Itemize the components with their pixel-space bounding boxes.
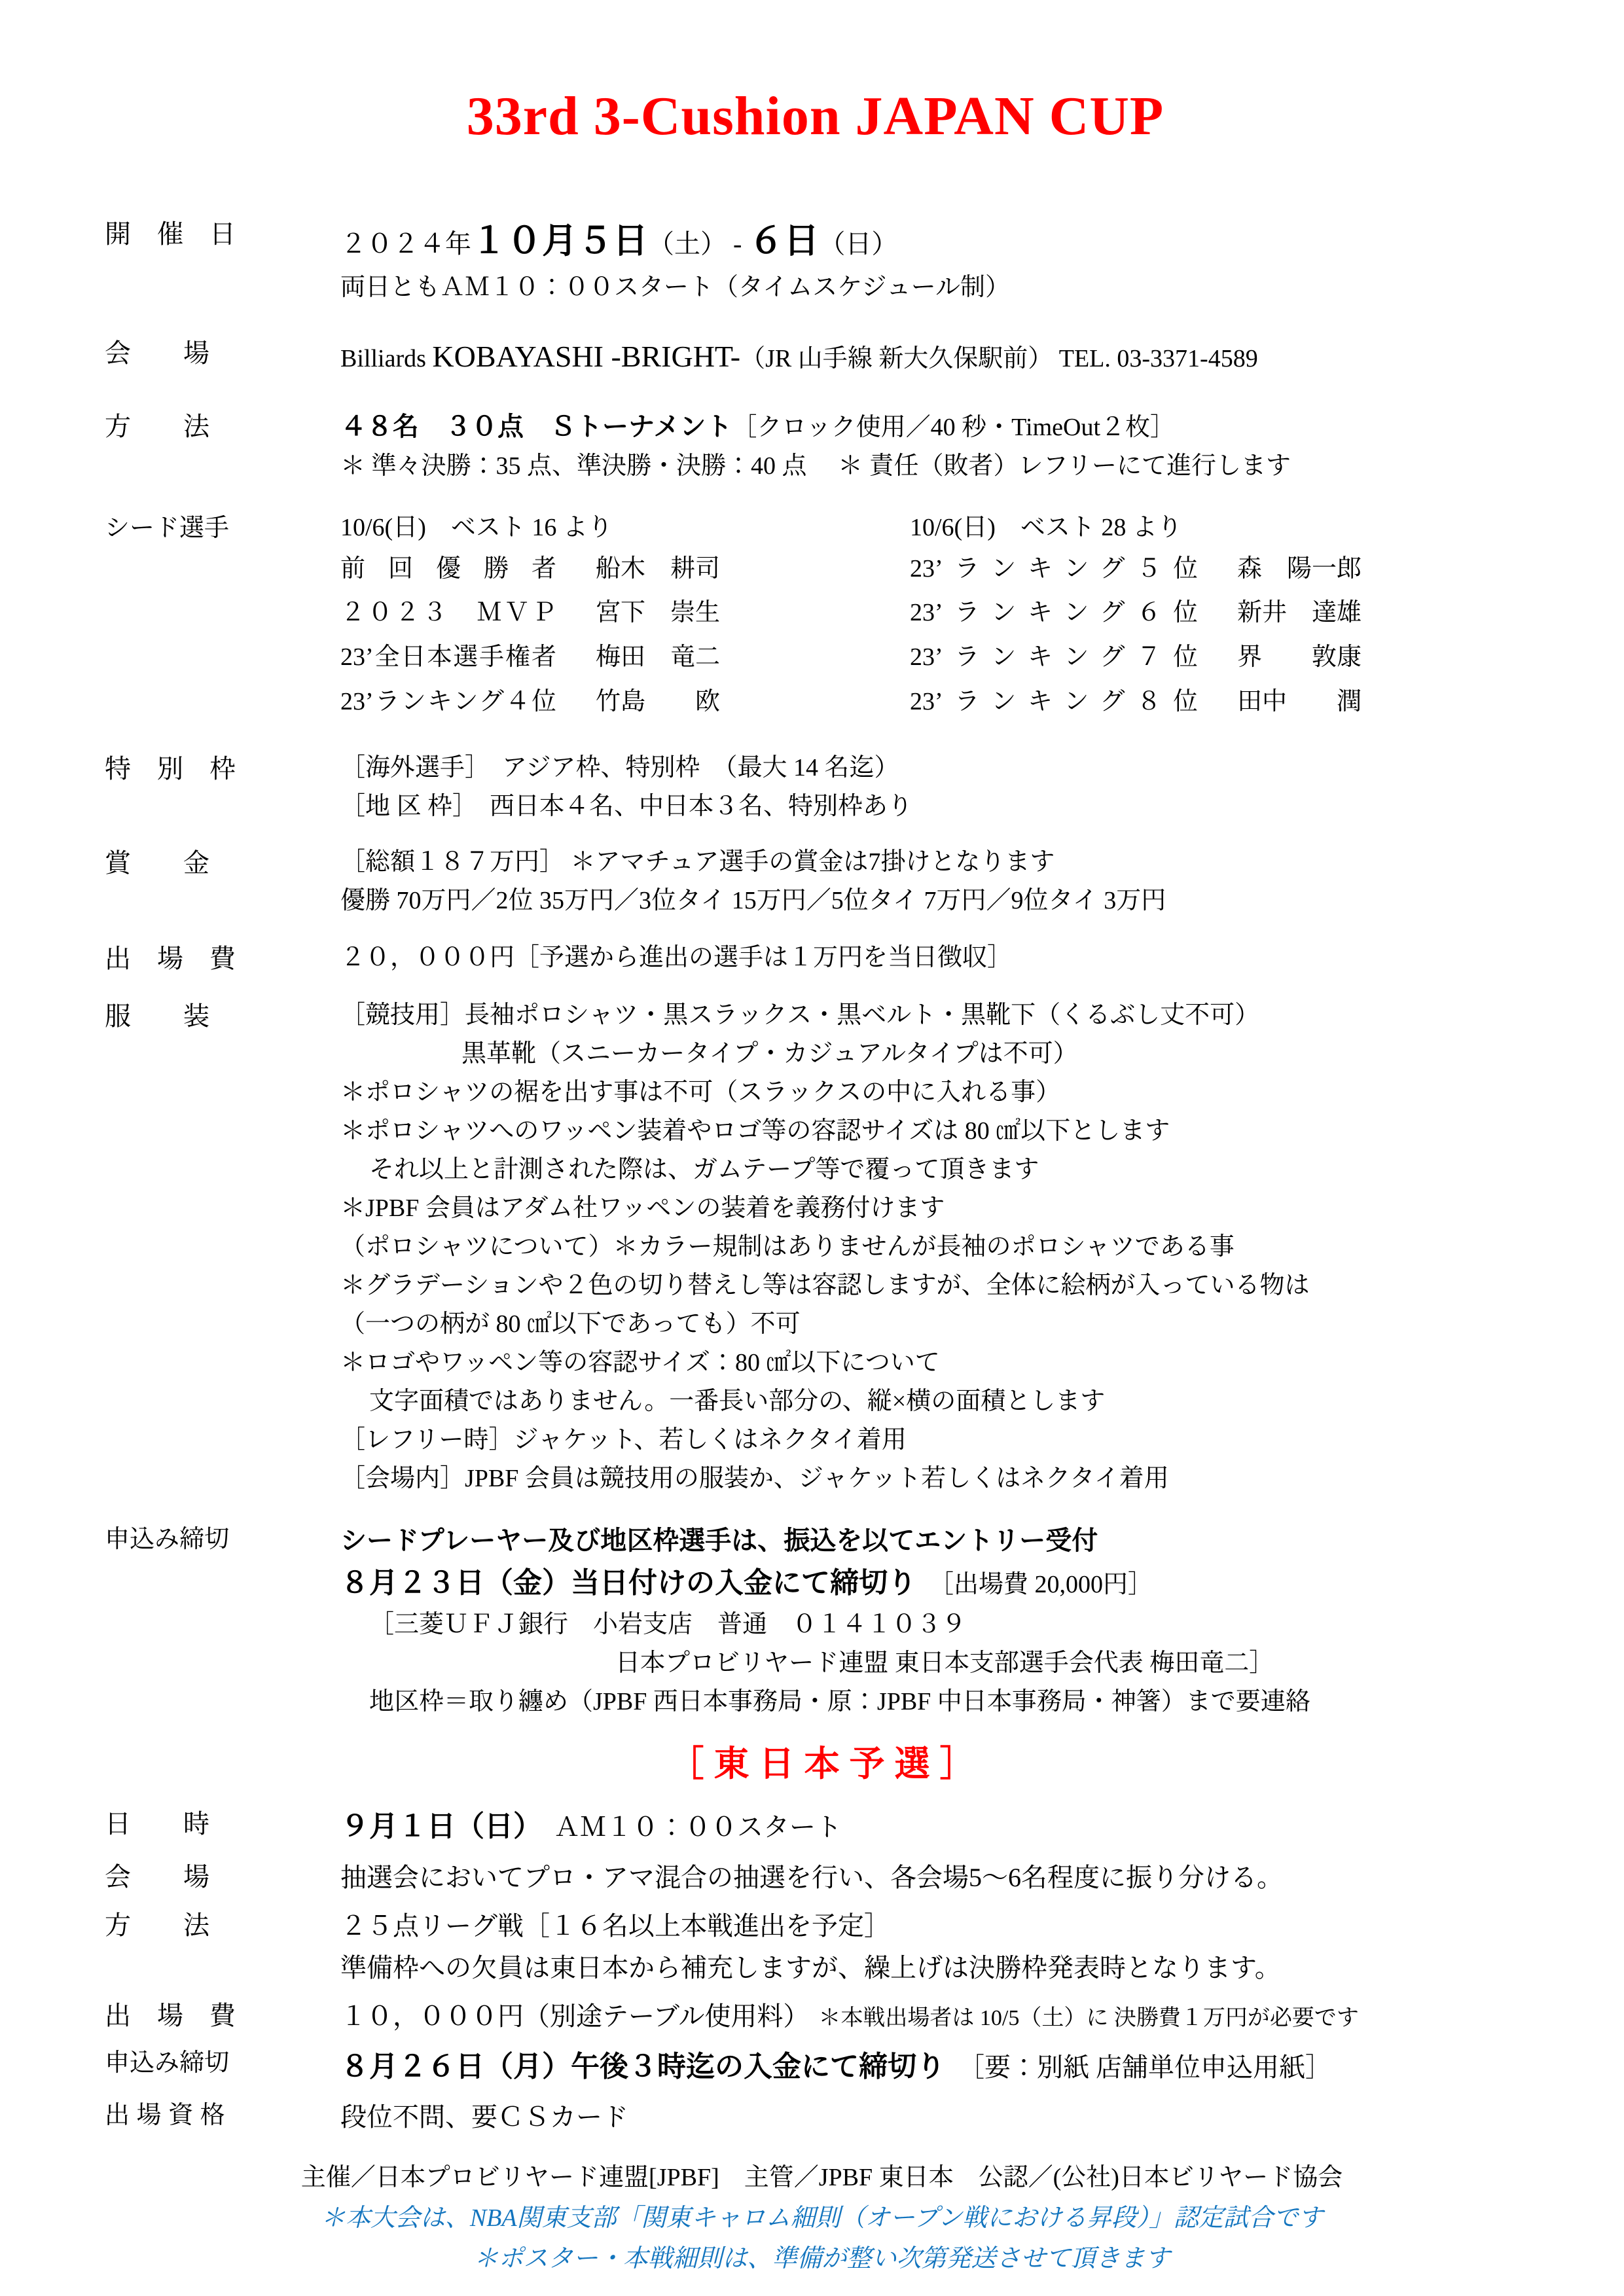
method-content: ４８名 ３０点 Ｓトーナメント［クロック使用／40 秒・TimeOut２枚］ ＊…	[340, 406, 1539, 486]
seed-rank: ２０２３ ＭＶＰ	[340, 600, 596, 627]
application-deadline-content: シードプレーヤー及び地区枠選手は、振込を以てエントリー受付 ８月２３日（金）当日…	[340, 1520, 1539, 1721]
venue-label: 会 場	[105, 333, 340, 374]
dress-code-line: 文字面積ではありません。一番長い部分の、縦×横の面積とします	[340, 1382, 1539, 1421]
section-prize-money: 賞 金 ［総額１８７万円］ ＊アマチュア選手の賞金は7掛けとなります 優勝 70…	[105, 843, 1539, 920]
seed-row: 23’ランキング５位森 陽一郎	[910, 556, 1539, 583]
section-seeded-players: シード選手 10/6(日) ベスト 16 より 前回優勝者船木 耕司 ２０２３ …	[105, 509, 1539, 733]
dress-code-line: ［レフリー時］ジャケット、若しくはネクタイ着用	[340, 1421, 1539, 1460]
east-datetime-row: 日 時 ９月１日（日） ＡＭ１０：００スタート	[105, 1804, 1539, 1850]
seed-row: 前回優勝者船木 耕司	[340, 556, 910, 583]
dress-code-line: ＊グラデーションや２色の切り替えし等は容認しますが、全体に絵柄が入っている物は	[340, 1266, 1539, 1305]
venue-name: KOBAYASHI -BRIGHT-	[432, 340, 740, 373]
seed-player-name: 船木 耕司	[596, 556, 910, 583]
east-japan-qualifier-header: ［ 東 日 本 予 選 ］	[105, 1741, 1539, 1787]
dress-code-content: ［競技用］長袖ポロシャツ・黒スラックス・黒ベルト・黒靴下（くるぶし丈不可） 黒革…	[340, 996, 1539, 1498]
method-label: 方 法	[105, 406, 340, 447]
seed-best28-header: 10/6(日) ベスト 28 より	[910, 509, 1539, 547]
seed-rank: 前回優勝者	[340, 556, 596, 583]
prize-money-label: 賞 金	[105, 843, 340, 884]
seed-rank: 23’ランキング６位	[910, 600, 1237, 627]
prize-money-line2: 優勝 70万円／2位 35万円／3位タイ 15万円／5位タイ 7万円／9位タイ …	[340, 882, 1539, 920]
seed-column-best16: 10/6(日) ベスト 16 より 前回優勝者船木 耕司 ２０２３ ＭＶＰ宮下 …	[340, 509, 910, 733]
east-entry-fee-content: １０，０００円（別途テーブル使用料） ＊本戦出場者は 10/5（土）に 決勝費１…	[340, 1996, 1539, 2037]
event-date-line2: 両日ともＡＭ１０：００スタート（タイムスケジュール制）	[340, 268, 1539, 307]
east-method-content: ２５点リーグ戦［１６名以上本戦進出を予定］ 準備枠への欠員は東日本から補充します…	[340, 1905, 1539, 1989]
east-datetime-content: ９月１日（日） ＡＭ１０：００スタート	[340, 1804, 1539, 1850]
venue-prefix: Billiards	[340, 345, 432, 372]
seed-rank: 23’全日本選手権者	[340, 644, 596, 672]
seed-row: 23’ランキング７位界 敦康	[910, 644, 1539, 672]
application-district-note: 地区枠＝取り纏め（JPBF 西日本事務局・原：JPBF 中日本事務局・神箸）まで…	[340, 1683, 1539, 1721]
seed-player-name: 竹島 欧	[596, 689, 910, 716]
application-bank-line: ［三菱ＵＦＪ銀行 小岩支店 普通 ０１４１０３９	[340, 1605, 1539, 1644]
section-entry-fee: 出 場 費 ２０，０００円［予選から進出の選手は１万円を当日徴収］	[105, 939, 1539, 979]
seed-player-name: 界 敦康	[1237, 644, 1539, 672]
east-entry-fee-row: 出 場 費 １０，０００円（別途テーブル使用料） ＊本戦出場者は 10/5（土）…	[105, 1996, 1539, 2037]
event-date-day2: ６日	[748, 221, 819, 260]
east-method-line2: 準備枠への欠員は東日本から補充しますが、繰上げは決勝枠発表時となります。	[340, 1947, 1539, 1989]
application-deadline-label: 申込み締切	[105, 1520, 340, 1559]
application-deadline-line2: ８月２３日（金）当日付けの入金にて締切り ［出場費 20,000円］	[340, 1561, 1539, 1605]
seed-player-name: 宮下 崇生	[596, 600, 910, 627]
special-slots-line1: ［海外選手］ アジア枠、特別枠 （最大 14 名迄）	[340, 749, 1539, 787]
event-date-weekday2: （日）	[819, 229, 897, 259]
dress-code-line: ［会場内］JPBF 会員は競技用の服装か、ジャケット若しくはネクタイ着用	[340, 1460, 1539, 1498]
footer-organizer-line: 主催／日本プロビリヤード連盟[JPBF] 主管／JPBF 東日本 公認／(公社)…	[105, 2158, 1539, 2198]
seed-rank: 23’ランキング８位	[910, 689, 1237, 716]
east-eligibility-label: 出 場 資 格	[105, 2096, 340, 2135]
entry-fee-label: 出 場 費	[105, 939, 340, 979]
application-deadline-date: ８月２３日（金）当日付けの入金にて締切り	[340, 1567, 916, 1599]
event-date-dash: -	[727, 229, 748, 259]
seed-column-best28: 10/6(日) ベスト 28 より 23’ランキング５位森 陽一郎 23’ランキ…	[910, 509, 1539, 733]
document-title: 33rd 3-Cushion JAPAN CUP	[92, 85, 1539, 149]
east-method-line1: ２５点リーグ戦［１６名以上本戦進出を予定］	[340, 1905, 1539, 1947]
entry-fee-content: ２０，０００円［予選から進出の選手は１万円を当日徴収］	[340, 939, 1539, 977]
dress-code-line: ［競技用］長袖ポロシャツ・黒スラックス・黒ベルト・黒靴下（くるぶし丈不可）	[340, 996, 1539, 1035]
dress-code-line: （ポロシャツについて）＊カラー規制はありませんが長袖のポロシャツである事	[340, 1228, 1539, 1266]
east-deadline-content: ８月２６日（月）午後３時迄の入金にて締切り ［要：別紙 店舗単位申込用紙］	[340, 2044, 1539, 2090]
seed-row: 23’ランキング８位田中 潤	[910, 689, 1539, 716]
dress-code-line: ＊ロゴやワッペン等の容認サイズ：80 ㎠以下について	[340, 1344, 1539, 1382]
seed-rank: 23’ランキング５位	[910, 556, 1237, 583]
section-application-deadline: 申込み締切 シードプレーヤー及び地区枠選手は、振込を以てエントリー受付 ８月２３…	[105, 1520, 1539, 1721]
event-date-day1: １０月５日	[471, 221, 648, 260]
seed-rank: 23’ランキング７位	[910, 644, 1237, 672]
application-deadline-line1: シードプレーヤー及び地区枠選手は、振込を以てエントリー受付	[340, 1520, 1539, 1561]
east-deadline-note: ［要：別紙 店舗単位申込用紙］	[945, 2053, 1331, 2082]
event-date-line1: ２０２４年１０月５日（土） - ６日（日）	[340, 214, 1539, 269]
seed-columns: 10/6(日) ベスト 16 より 前回優勝者船木 耕司 ２０２３ ＭＶＰ宮下 …	[340, 509, 1539, 733]
seed-rank: 23’ランキング４位	[340, 689, 596, 716]
event-date-weekday1: （土）	[648, 229, 727, 259]
east-deadline-label: 申込み締切	[105, 2044, 340, 2083]
application-account-holder-line: 日本プロビリヤード連盟 東日本支部選手会代表 梅田竜二］	[340, 1644, 1539, 1683]
venue-content: Billiards KOBAYASHI -BRIGHT-（JR 山手線 新大久保…	[340, 333, 1539, 380]
east-datetime-label: 日 時	[105, 1804, 340, 1844]
special-slots-line2: ［地 区 枠］ 西日本４名、中日本３名、特別枠あり	[340, 787, 1539, 826]
section-east-japan-qualifier: 日 時 ９月１日（日） ＡＭ１０：００スタート 会 場 抽選会においてプロ・アマ…	[105, 1804, 1539, 2138]
footer-certification-note: ＊本大会は、NBA関東支部「関東キャロム細則（オープン戦における昇段）」認定試合…	[105, 2198, 1539, 2239]
seed-player-name: 梅田 竜二	[596, 644, 910, 672]
east-deadline-row: 申込み締切 ８月２６日（月）午後３時迄の入金にて締切り ［要：別紙 店舗単位申込…	[105, 2044, 1539, 2090]
event-date-content: ２０２４年１０月５日（土） - ６日（日） 両日ともＡＭ１０：００スタート（タイ…	[340, 214, 1539, 308]
dress-code-line: 黒革靴（スニーカータイプ・カジュアルタイプは不可）	[340, 1035, 1539, 1073]
prize-money-line1: ［総額１８７万円］ ＊アマチュア選手の賞金は7掛けとなります	[340, 843, 1539, 882]
seed-best16-header: 10/6(日) ベスト 16 より	[340, 509, 910, 547]
document-footer: 主催／日本プロビリヤード連盟[JPBF] 主管／JPBF 東日本 公認／(公社)…	[105, 2158, 1539, 2280]
entry-fee-line: ２０，０００円［予選から進出の選手は１万円を当日徴収］	[340, 939, 1539, 977]
dress-code-line: （一つの柄が 80 ㎠以下であっても）不可	[340, 1305, 1539, 1344]
seeded-players-content: 10/6(日) ベスト 16 より 前回優勝者船木 耕司 ２０２３ ＭＶＰ宮下 …	[340, 509, 1539, 733]
method-main: ４８名 ３０点 Ｓトーナメント	[340, 412, 732, 441]
seed-player-name: 新井 達雄	[1237, 600, 1539, 627]
east-venue-row: 会 場 抽選会においてプロ・アマ混合の抽選を行い、各会場5～6名程度に振り分ける…	[105, 1857, 1539, 1899]
dress-code-line: ＊ポロシャツの裾を出す事は不可（スラックスの中に入れる事）	[340, 1073, 1539, 1112]
east-datetime-date: ９月１日（日）	[340, 1810, 528, 1842]
section-method: 方 法 ４８名 ３０点 Ｓトーナメント［クロック使用／40 秒・TimeOut２…	[105, 406, 1539, 486]
method-line2: ＊ 準々決勝：35 点、準決勝・決勝：40 点 ＊ 責任（敗者）レフリーにて進行…	[340, 447, 1539, 486]
dress-code-line: ＊JPBF 会員はアダム社ワッペンの装着を義務付けます	[340, 1189, 1539, 1228]
seeded-players-label: シード選手	[105, 509, 340, 548]
east-venue-content: 抽選会においてプロ・アマ混合の抽選を行い、各会場5～6名程度に振り分ける。	[340, 1857, 1539, 1899]
prize-money-content: ［総額１８７万円］ ＊アマチュア選手の賞金は7掛けとなります 優勝 70万円／2…	[340, 843, 1539, 920]
east-eligibility-row: 出 場 資 格 段位不問、要ＣＳカード	[105, 2096, 1539, 2138]
dress-code-label: 服 装	[105, 996, 340, 1037]
footer-poster-note: ＊ポスター・本戦細則は、準備が整い次第発送させて頂きます	[105, 2239, 1539, 2280]
east-entry-fee-note: ＊本戦出場者は 10/5（土）に 決勝費１万円が必要です	[796, 2006, 1358, 2030]
section-event-date: 開 催 日 ２０２４年１０月５日（土） - ６日（日） 両日ともＡＭ１０：００ス…	[105, 214, 1539, 308]
east-venue-label: 会 場	[105, 1857, 340, 1897]
seed-row: 23’ランキング４位竹島 欧	[340, 689, 910, 716]
document-page: 33rd 3-Cushion JAPAN CUP 開 催 日 ２０２４年１０月５…	[0, 0, 1624, 2296]
east-entry-fee-main: １０，０００円（別途テーブル使用料）	[340, 2001, 796, 2031]
method-line1: ４８名 ３０点 Ｓトーナメント［クロック使用／40 秒・TimeOut２枚］	[340, 406, 1539, 447]
dress-code-line: ＊ポロシャツへのワッペン装着やロゴ等の容認サイズは 80 ㎠以下とします	[340, 1112, 1539, 1151]
seed-row: 23’全日本選手権者梅田 竜二	[340, 644, 910, 672]
east-method-label: 方 法	[105, 1905, 340, 1946]
venue-tel: TEL. 03-3371-4589	[1053, 345, 1257, 372]
section-venue: 会 場 Billiards KOBAYASHI -BRIGHT-（JR 山手線 …	[105, 333, 1539, 380]
section-dress-code: 服 装 ［競技用］長袖ポロシャツ・黒スラックス・黒ベルト・黒靴下（くるぶし丈不可…	[105, 996, 1539, 1498]
east-entry-fee-label: 出 場 費	[105, 1996, 340, 2036]
seed-player-name: 田中 潤	[1237, 689, 1539, 716]
seed-player-name: 森 陽一郎	[1237, 556, 1539, 583]
venue-line: Billiards KOBAYASHI -BRIGHT-（JR 山手線 新大久保…	[340, 333, 1539, 380]
seed-row: 23’ランキング６位新井 達雄	[910, 600, 1539, 627]
east-datetime-start: ＡＭ１０：００スタート	[528, 1812, 842, 1842]
event-date-label: 開 催 日	[105, 214, 340, 255]
special-slots-label: 特 別 枠	[105, 749, 340, 789]
dress-code-line: それ以上と計測された際は、ガムテープ等で覆って頂きます	[340, 1151, 1539, 1189]
event-date-year: ２０２４年	[340, 229, 471, 259]
east-eligibility-content: 段位不問、要ＣＳカード	[340, 2096, 1539, 2138]
application-deadline-fee-note: ［出場費 20,000円］	[916, 1571, 1153, 1598]
section-special-slots: 特 別 枠 ［海外選手］ アジア枠、特別枠 （最大 14 名迄） ［地 区 枠］…	[105, 749, 1539, 826]
special-slots-content: ［海外選手］ アジア枠、特別枠 （最大 14 名迄） ［地 区 枠］ 西日本４名…	[340, 749, 1539, 826]
seed-row: ２０２３ ＭＶＰ宮下 崇生	[340, 600, 910, 627]
east-method-row: 方 法 ２５点リーグ戦［１６名以上本戦進出を予定］ 準備枠への欠員は東日本から補…	[105, 1905, 1539, 1989]
method-bracket: ［クロック使用／40 秒・TimeOut２枚］	[732, 414, 1175, 441]
east-deadline-date: ８月２６日（月）午後３時迄の入金にて締切り	[340, 2051, 945, 2083]
venue-note: （JR 山手線 新大久保駅前）	[740, 345, 1053, 372]
